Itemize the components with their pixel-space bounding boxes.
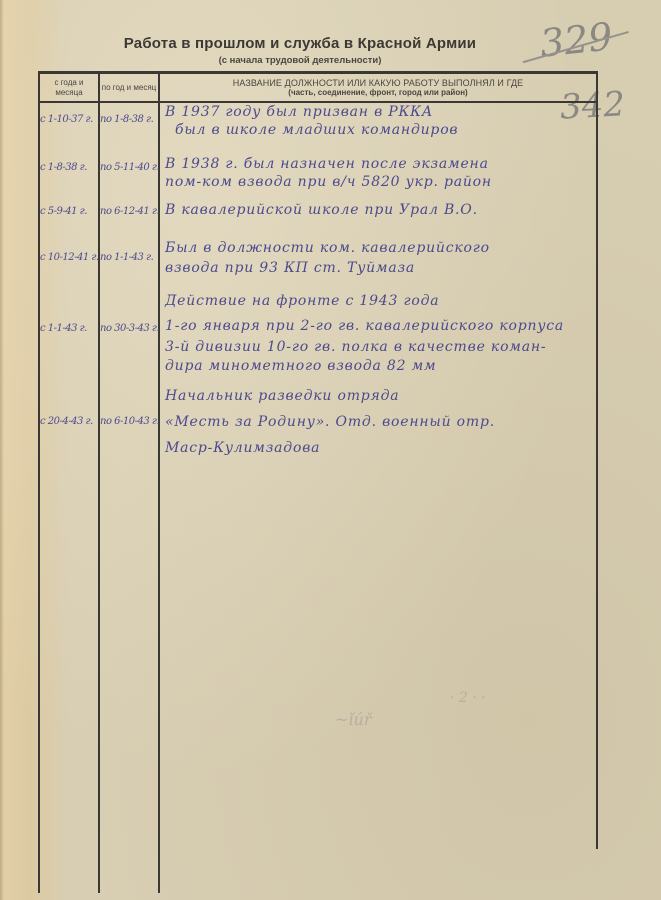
column-divider-1 [98,71,100,893]
table-header-border [38,101,598,103]
header-to: по год и месяц [100,75,158,101]
date-to: по 6-12-41 г. [100,206,159,217]
date-to: по 5-11-40 г. [100,162,159,173]
entry-line: В кавалерийской школе при Урал В.О. [165,202,478,218]
date-to: по 1-8-38 г. [100,114,153,125]
date-from: с 10-12-41 г. [40,252,99,263]
entry-line: пом-ком взвода при в/ч 5820 укр. район [165,174,492,190]
entry-line: Действие на фронте с 1943 года [165,293,439,309]
archive-number-struck: 329 [538,14,615,65]
header-position: НАЗВАНИЕ ДОЛЖНОСТИ ИЛИ КАКУЮ РАБОТУ ВЫПО… [160,75,596,101]
entry-line: взвода при 93 КП ст. Туймаза [165,260,415,276]
date-from: с 20-4-43 г. [40,416,93,427]
entry-line: дира минометного взвода 82 мм [165,358,436,374]
service-record-table: с года и месяца по год и месяц НАЗВАНИЕ … [38,71,598,893]
column-divider-2 [158,71,160,893]
date-from: с 1-1-43 г. [40,323,87,334]
date-to: по 6-10-43 г. [100,416,159,427]
date-from: с 1-10-37 г. [40,114,93,125]
header-from: с года и месяца [40,75,98,101]
date-from: с 5-9-41 г. [40,206,87,217]
date-to: по 30-3-43 г. [100,323,159,334]
entry-line: был в школе младших командиров [175,122,458,138]
page-title: Работа в прошлом и служба в Красной Арми… [100,35,500,52]
page-subtitle: (с начала трудовой деятельности) [100,55,500,66]
entry-line: 1-го января при 2-го гв. кавалерийского … [165,318,564,334]
entry-line: Был в должности ком. кавалерийского [165,240,490,256]
entry-line: В 1938 г. был назначен после экзамена [165,156,489,172]
entry-line: В 1937 году был призван в РККА [165,104,433,120]
table-left-border [38,71,40,893]
date-from: с 1-8-38 г. [40,162,87,173]
table-top-border [38,71,598,74]
header-position-main: НАЗВАНИЕ ДОЛЖНОСТИ ИЛИ КАКУЮ РАБОТУ ВЫПО… [233,78,524,88]
table-right-border [596,71,598,849]
header-position-sub: (часть, соединение, фронт, город или рай… [288,88,467,98]
entry-line: 3-й дивизии 10-го гв. полка в качестве к… [165,339,546,355]
entry-line: Начальник разведки отряда [165,388,399,404]
paper-edge-shadow [0,0,4,900]
entry-line: «Месть за Родину». Отд. военный отр. [165,414,495,430]
date-to: по 1-1-43 г. [100,252,153,263]
entry-line: Маср-Кулимзадова [165,440,320,456]
